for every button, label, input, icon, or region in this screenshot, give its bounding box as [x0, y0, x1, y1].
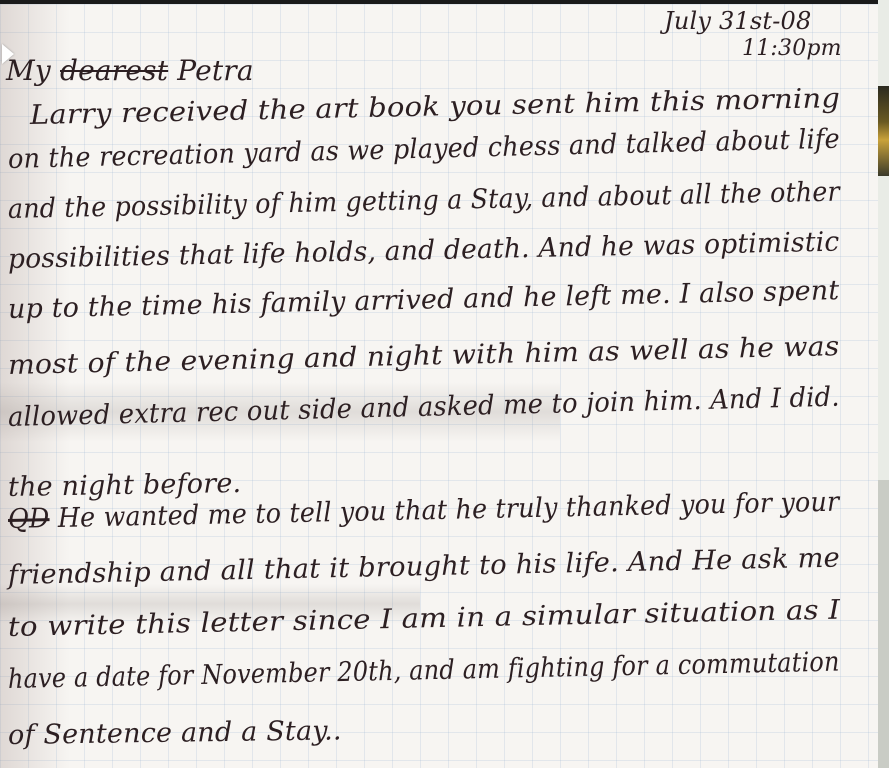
letter-time: 11:30pm — [742, 36, 842, 61]
salutation: My dearest Petra — [6, 54, 254, 87]
body-line: and the possibility of him getting a Sta… — [8, 177, 840, 225]
photo-scrap-edge — [878, 86, 889, 176]
body-line: have a date for November 20th, and am fi… — [8, 647, 840, 695]
body-line: the night before. — [8, 468, 242, 503]
letter-date: July 31st-08 — [664, 8, 812, 34]
body-line: friendship and all that it brought to hi… — [8, 543, 841, 591]
body-line: possibilities that life holds, and death… — [8, 227, 840, 275]
recipient-name: Petra — [177, 54, 253, 87]
struck-word: dearest — [60, 54, 168, 87]
body-line: Larry received the art book you sent him… — [30, 83, 841, 131]
page-edge-right-lower — [878, 480, 889, 768]
body-line: most of the evening and night with him a… — [8, 331, 840, 381]
body-line: on the recreation yard as we played ches… — [8, 124, 841, 175]
body-line: up to the time his family arrived and he… — [8, 275, 840, 325]
salutation-prefix: My — [6, 54, 51, 87]
body-line: of Sentence and a Stay.. — [8, 715, 342, 751]
letter-page: July 31st-08 11:30pm My dearest Petra La… — [0, 4, 878, 768]
crossed-out-mark: Q​D — [8, 503, 50, 535]
